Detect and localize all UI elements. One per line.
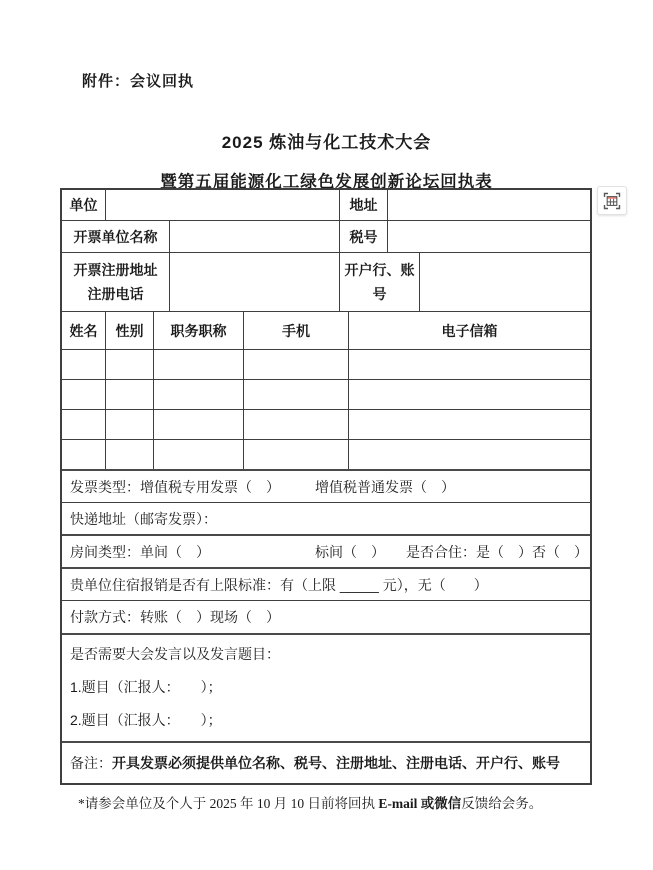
row-speech: 是否需要大会发言以及发言题目： 1.题目（汇报人： ）； 2.题目（汇报人： ）… xyxy=(62,633,590,741)
attendee-cell[interactable] xyxy=(349,410,590,439)
register-address-label: 开票注册地址 xyxy=(74,258,158,282)
unit-value-cell[interactable] xyxy=(106,190,340,220)
attendee-cell[interactable] xyxy=(349,380,590,409)
footnote-prefix: *请参会单位及个人于 2025 年 10 月 10 日前将回执 xyxy=(78,796,378,811)
room-type-options[interactable]: 房间类型：单间（ ） 标间（ ） 是否合住：是（ ）否（ ） xyxy=(62,536,590,567)
speech-topic-1: 1.题目（汇报人： ）； xyxy=(70,675,582,700)
attendee-cell[interactable] xyxy=(244,440,349,469)
document-page: 附件：会议回执 2025 炼油与化工技术大会 暨第五届能源化工绿色发展创新论坛回… xyxy=(0,0,653,870)
remark-field: 备注：开具发票必须提供单位名称、税号、注册地址、注册电话、开户行、账号 xyxy=(62,743,590,783)
address-value-cell[interactable] xyxy=(388,190,590,220)
title-block: 2025 炼油与化工技术大会 暨第五届能源化工绿色发展创新论坛回执表 xyxy=(0,128,653,192)
register-phone-label: 注册电话 xyxy=(88,282,144,306)
tax-id-label: 税号 xyxy=(340,221,388,252)
attendee-cell[interactable] xyxy=(62,350,106,379)
attendee-header-row: 姓名 性别 职务职称 手机 电子信箱 xyxy=(62,311,590,349)
remark-prefix: 备注： xyxy=(70,753,112,773)
attendee-cell[interactable] xyxy=(106,380,154,409)
payment-options[interactable]: 付款方式：转账（ ）现场（ ） xyxy=(62,601,590,633)
address-label: 地址 xyxy=(340,190,388,220)
attendee-cell[interactable] xyxy=(106,350,154,379)
footnote-suffix: 反馈给会务。 xyxy=(461,796,542,811)
reply-form-table: 单位 地址 开票单位名称 税号 开票注册地址 注册电话 开户行、账号 姓名 性别 xyxy=(60,188,592,785)
row-invoice-type: 发票类型：增值税专用发票（ ） 增值税普通发票（ ） xyxy=(62,469,590,502)
remark-bold-text: 开具发票必须提供单位名称、税号、注册地址、注册电话、开户行、账号 xyxy=(112,753,560,773)
attendee-cell[interactable] xyxy=(244,410,349,439)
row-room-type: 房间类型：单间（ ） 标间（ ） 是否合住：是（ ）否（ ） xyxy=(62,534,590,567)
register-value-cell[interactable] xyxy=(170,253,340,311)
attendee-cell[interactable] xyxy=(244,350,349,379)
bank-account-value-cell[interactable] xyxy=(420,253,590,311)
attendee-cell[interactable] xyxy=(154,410,244,439)
footnote-bold: E-mail 或微信 xyxy=(378,796,461,811)
attendee-cell[interactable] xyxy=(62,440,106,469)
attendee-cell[interactable] xyxy=(154,440,244,469)
speech-topics-field[interactable]: 是否需要大会发言以及发言题目： 1.题目（汇报人： ）； 2.题目（汇报人： ）… xyxy=(62,635,590,741)
attendee-row xyxy=(62,439,590,469)
row-remark: 备注：开具发票必须提供单位名称、税号、注册地址、注册电话、开户行、账号 xyxy=(62,741,590,783)
attachment-label: 附件：会议回执 xyxy=(82,70,194,91)
reimburse-limit-options[interactable]: 贵单位住宿报销是否有上限标准：有（上限 _____ 元），无（ ） xyxy=(62,569,590,600)
row-payment: 付款方式：转账（ ）现场（ ） xyxy=(62,600,590,633)
header-mobile: 手机 xyxy=(244,312,349,349)
speech-question: 是否需要大会发言以及发言题目： xyxy=(70,642,582,667)
attendee-cell[interactable] xyxy=(154,350,244,379)
attendee-row xyxy=(62,409,590,439)
attendee-cell[interactable] xyxy=(349,440,590,469)
speech-topic-2: 2.题目（汇报人： ）； xyxy=(70,708,582,733)
row-register: 开票注册地址 注册电话 开户行、账号 xyxy=(62,252,590,311)
footnote: *请参会单位及个人于 2025 年 10 月 10 日前将回执 E-mail 或… xyxy=(78,792,618,812)
form-title: 2025 炼油与化工技术大会 xyxy=(0,128,653,153)
invoice-unit-label: 开票单位名称 xyxy=(62,221,170,252)
express-address-field[interactable]: 快递地址（邮寄发票）： xyxy=(62,503,590,534)
table-select-button[interactable] xyxy=(597,186,627,215)
row-reimburse-limit: 贵单位住宿报销是否有上限标准：有（上限 _____ 元），无（ ） xyxy=(62,567,590,600)
header-email: 电子信箱 xyxy=(349,312,590,349)
header-gender: 性别 xyxy=(106,312,154,349)
attendee-cell[interactable] xyxy=(244,380,349,409)
attendee-cell[interactable] xyxy=(106,440,154,469)
header-name: 姓名 xyxy=(62,312,106,349)
tax-id-value-cell[interactable] xyxy=(388,221,590,252)
attendee-cell[interactable] xyxy=(106,410,154,439)
unit-label: 单位 xyxy=(62,190,106,220)
header-title: 职务职称 xyxy=(154,312,244,349)
row-express-address: 快递地址（邮寄发票）： xyxy=(62,502,590,534)
register-label: 开票注册地址 注册电话 xyxy=(62,253,170,311)
attendee-row xyxy=(62,379,590,409)
bank-account-label: 开户行、账号 xyxy=(340,253,420,311)
row-unit: 单位 地址 xyxy=(62,190,590,220)
attendee-cell[interactable] xyxy=(62,410,106,439)
row-invoice-unit: 开票单位名称 税号 xyxy=(62,220,590,252)
invoice-type-options[interactable]: 发票类型：增值税专用发票（ ） 增值税普通发票（ ） xyxy=(62,471,590,502)
attendee-row xyxy=(62,349,590,379)
table-select-icon xyxy=(603,192,621,210)
invoice-unit-value-cell[interactable] xyxy=(170,221,340,252)
attendee-cell[interactable] xyxy=(349,350,590,379)
attendee-cell[interactable] xyxy=(62,380,106,409)
attendee-cell[interactable] xyxy=(154,380,244,409)
